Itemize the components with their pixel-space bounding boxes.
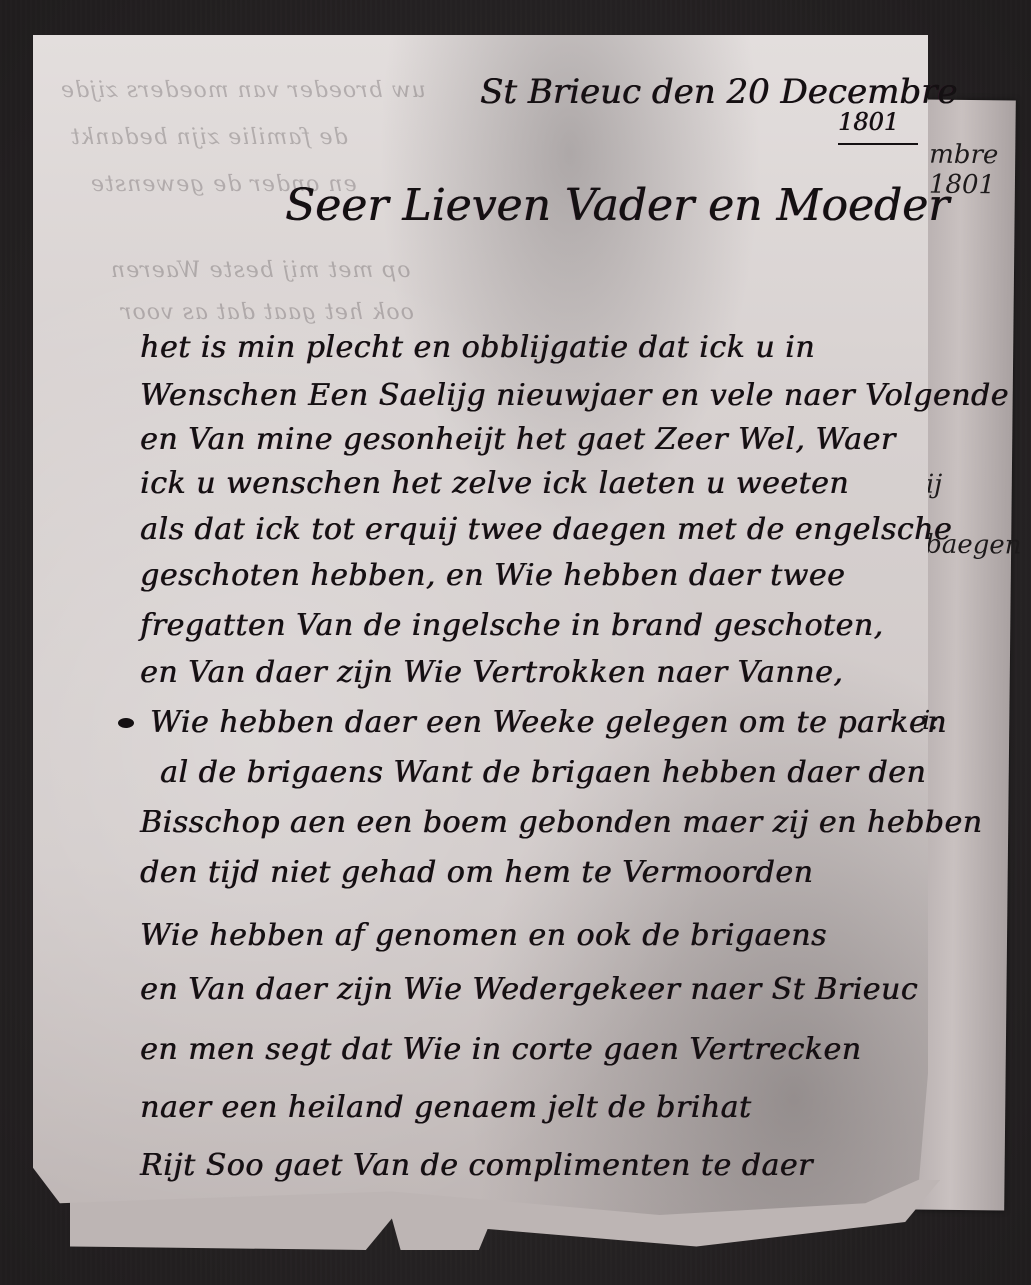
bleed-through-text: op met mij beste Waeren bbox=[110, 258, 411, 283]
body-line: Wenschen Een Saelijg nieuwjaer en vele n… bbox=[140, 378, 1009, 413]
bleed-through-text: de familie zijn bedankt bbox=[70, 125, 348, 150]
body-line: fregatten Van de ingelsche in brand gesc… bbox=[140, 608, 884, 643]
body-line: geschoten hebben, en Wie hebben daer twe… bbox=[140, 558, 845, 593]
body-line: den tijd niet gehad om hem te Vermoorden bbox=[140, 855, 813, 890]
back-sheet-fragment: ij bbox=[926, 470, 943, 500]
place-date-line: St Brieuc den 20 Decembre bbox=[480, 72, 957, 112]
body-line: en men segt dat Wie in corte gaen Vertre… bbox=[140, 1032, 861, 1067]
year-underline bbox=[838, 143, 918, 145]
body-line: Wie hebben af genomen en ook de brigaens bbox=[140, 918, 827, 953]
margin-bullet-mark bbox=[118, 718, 134, 728]
body-line: Bisschop aen een boem gebonden maer zij … bbox=[140, 805, 982, 840]
body-line: Rijt Soo gaet Van de complimenten te dae… bbox=[140, 1148, 813, 1183]
body-line: en Van mine gesonheijt het gaet Zeer Wel… bbox=[140, 422, 896, 457]
body-line: en Van daer zijn Wie Wedergekeer naer St… bbox=[140, 972, 918, 1007]
bleed-through-text: uw broeder van moeders zijde bbox=[60, 78, 426, 103]
year: 1801 bbox=[838, 108, 899, 136]
back-sheet-fragment: mbre bbox=[929, 140, 998, 171]
body-line: ick u wenschen het zelve ick laeten u we… bbox=[140, 466, 849, 501]
salutation: Seer Lieven Vader en Moeder bbox=[285, 180, 949, 231]
body-line: en Van daer zijn Wie Vertrokken naer Van… bbox=[140, 655, 843, 690]
body-line: het is min plecht en obblijgatie dat ick… bbox=[140, 330, 815, 365]
body-line: al de brigaens Want de brigaen hebben da… bbox=[160, 755, 926, 790]
margin-note: i: bbox=[922, 706, 939, 736]
body-line: als dat ick tot erquij twee daegen met d… bbox=[140, 512, 952, 547]
body-line: Wie hebben daer een Weeke gelegen om te … bbox=[150, 705, 947, 740]
bleed-through-text: ook het gaat dat as voor bbox=[120, 300, 414, 325]
back-sheet: mbre 1801 ij baegen bbox=[914, 100, 1016, 1211]
body-line: naer een heiland genaem jelt de brihat bbox=[140, 1090, 751, 1125]
